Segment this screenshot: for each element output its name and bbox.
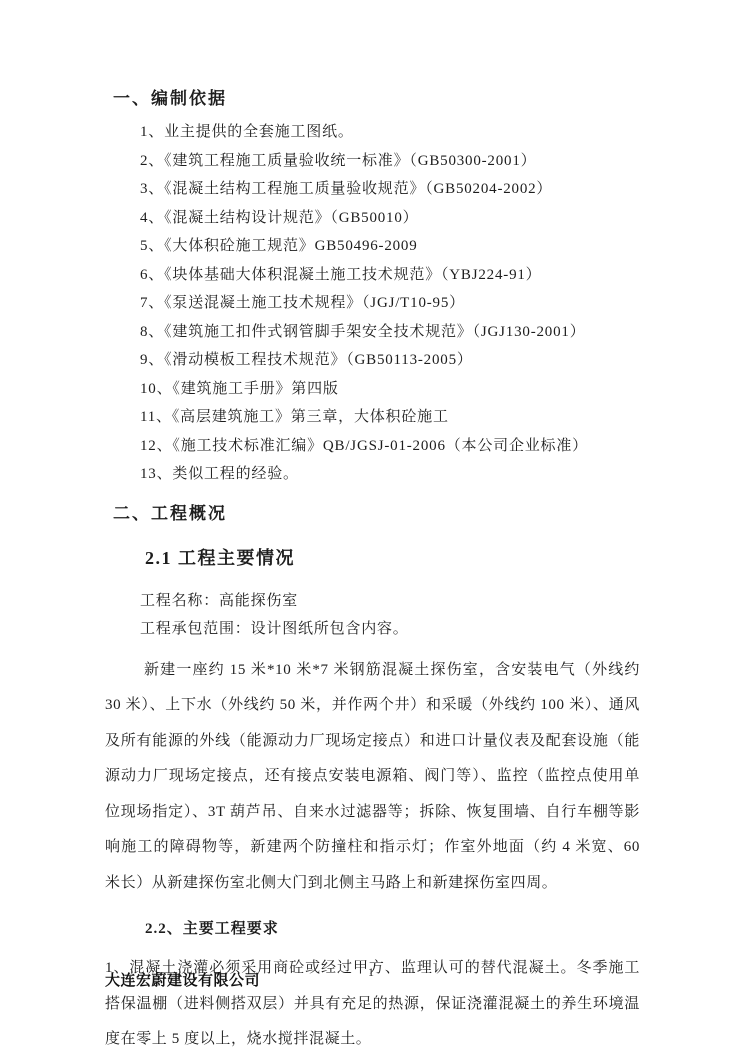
reference-item-2: 2、《建筑工程施工质量验收统一标准》（GB50300-2001） (140, 147, 640, 176)
reference-item-10: 10、《建筑施工手册》第四版 (140, 375, 640, 404)
reference-item-1: 1、业主提供的全套施工图纸。 (140, 118, 640, 147)
footer-company-name: 大连宏蔚建设有限公司 (105, 969, 260, 990)
reference-item-13: 13、类似工程的经验。 (140, 460, 640, 489)
section-2-heading: 二、工程概况 (113, 501, 640, 527)
contract-scope-line: 工程承包范围：设计图纸所包含内容。 (140, 615, 640, 643)
reference-item-7: 7、《泵送混凝土施工技术规程》（JGJ/T10-95） (140, 289, 640, 318)
footer-page-number: 1 (368, 965, 374, 980)
reference-item-11: 11、《高层建筑施工》第三章，大体积砼施工 (140, 403, 640, 432)
section-1-heading: 一、编制依据 (113, 86, 640, 112)
reference-item-3: 3、《混凝土结构工程施工质量验收规范》（GB50204-2002） (140, 175, 640, 204)
reference-item-6: 6、《块体基础大体积混凝土施工技术规范》（YBJ224-91） (140, 261, 640, 290)
project-name-line: 工程名称：高能探伤室 (140, 587, 640, 615)
subsection-2-1-heading: 2.1 工程主要情况 (145, 545, 640, 571)
project-description-paragraph: 新建一座约 15 米*10 米*7 米钢筋混凝土探伤室，含安装电气（外线约 30… (105, 653, 640, 902)
reference-list: 1、业主提供的全套施工图纸。 2、《建筑工程施工质量验收统一标准》（GB5030… (140, 118, 640, 489)
reference-item-4: 4、《混凝土结构设计规范》（GB50010） (140, 204, 640, 233)
reference-item-12: 12、《施工技术标准汇编》QB/JGSJ-01-2006（本公司企业标准） (140, 432, 640, 461)
reference-item-5: 5、《大体积砼施工规范》GB50496-2009 (140, 232, 640, 261)
subsection-2-2-heading: 2.2、主要工程要求 (145, 917, 640, 941)
reference-item-9: 9、《滑动模板工程技术规范》（GB50113-2005） (140, 346, 640, 375)
reference-item-8: 8、《建筑施工扣件式钢管脚手架安全技术规范》（JGJ130-2001） (140, 318, 640, 347)
document-page: 一、编制依据 1、业主提供的全套施工图纸。 2、《建筑工程施工质量验收统一标准》… (0, 0, 744, 1052)
